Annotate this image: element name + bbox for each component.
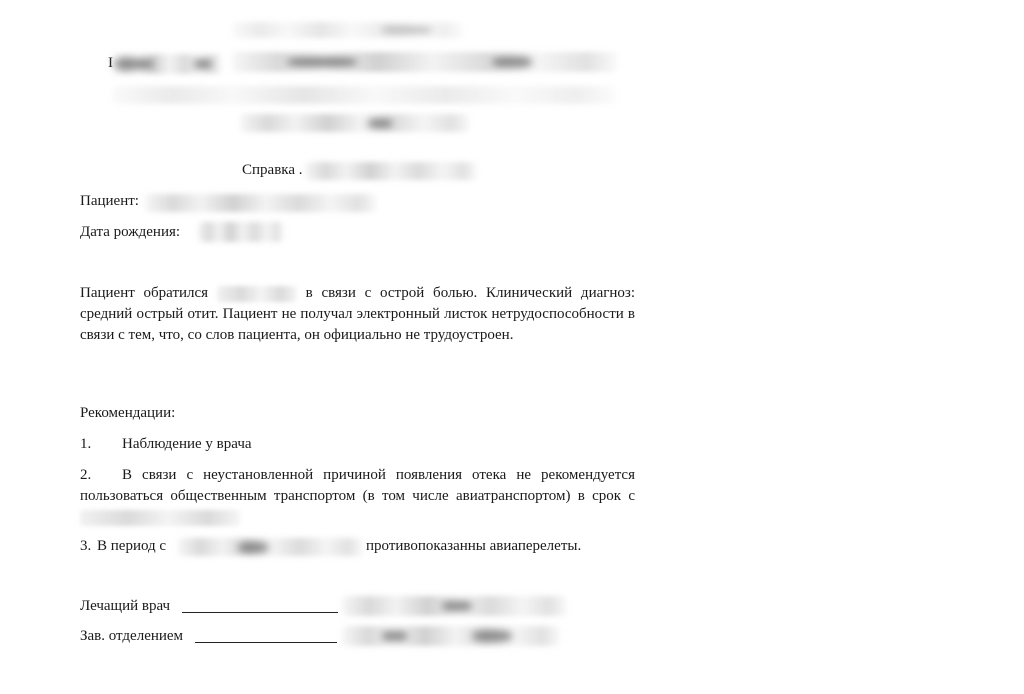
department-head-name-redacted <box>342 626 560 646</box>
recommendation-1-number: 1. <box>80 436 91 453</box>
department-head-label: Зав. отделением <box>80 628 183 645</box>
visit-description: Пациент обратился в связи с острой болью… <box>80 283 635 346</box>
letterhead-line-4-redacted <box>240 114 470 132</box>
recommendation-2: 2.В связи с неустановленной причиной поя… <box>80 465 635 528</box>
travel-restriction-date-redacted <box>80 510 240 526</box>
visit-text-part1: Пациент обратился <box>80 285 208 301</box>
attending-physician-name-redacted <box>342 596 567 616</box>
letterhead-line-3-redacted <box>112 86 617 104</box>
department-head-signature-line <box>195 628 337 643</box>
recommendations-heading: Рекомендации: <box>80 405 175 422</box>
recommendation-2-text: В связи с неустановленной причиной появл… <box>80 467 635 504</box>
patient-name-redacted <box>145 194 377 212</box>
visit-date-redacted <box>217 286 297 302</box>
attending-physician-signature-line <box>182 598 338 613</box>
patient-label: Пациент: <box>80 193 139 210</box>
birth-date-redacted <box>198 222 284 242</box>
flight-ban-period-redacted <box>178 538 363 556</box>
recommendation-3-text-before: В период с <box>97 538 166 555</box>
birth-date-label: Дата рождения: <box>80 224 180 241</box>
attending-physician-label: Лечащий врач <box>80 598 170 615</box>
recommendation-2-number: 2. <box>80 465 122 486</box>
organization-name-redacted <box>112 54 222 74</box>
document-page: I Справка . Пациент: Дата рождения: Паци… <box>0 0 1024 694</box>
recommendation-1-text: Наблюдение у врача <box>122 436 252 453</box>
recommendation-3-number: 3. <box>80 538 91 555</box>
letterhead-line-2-redacted <box>232 52 617 72</box>
certificate-title: Справка . <box>242 162 303 179</box>
certificate-number-redacted <box>305 162 477 180</box>
letterhead-line-1-redacted <box>232 22 464 38</box>
recommendation-3-text-after: противопоказанны авиаперелеты. <box>366 538 581 555</box>
